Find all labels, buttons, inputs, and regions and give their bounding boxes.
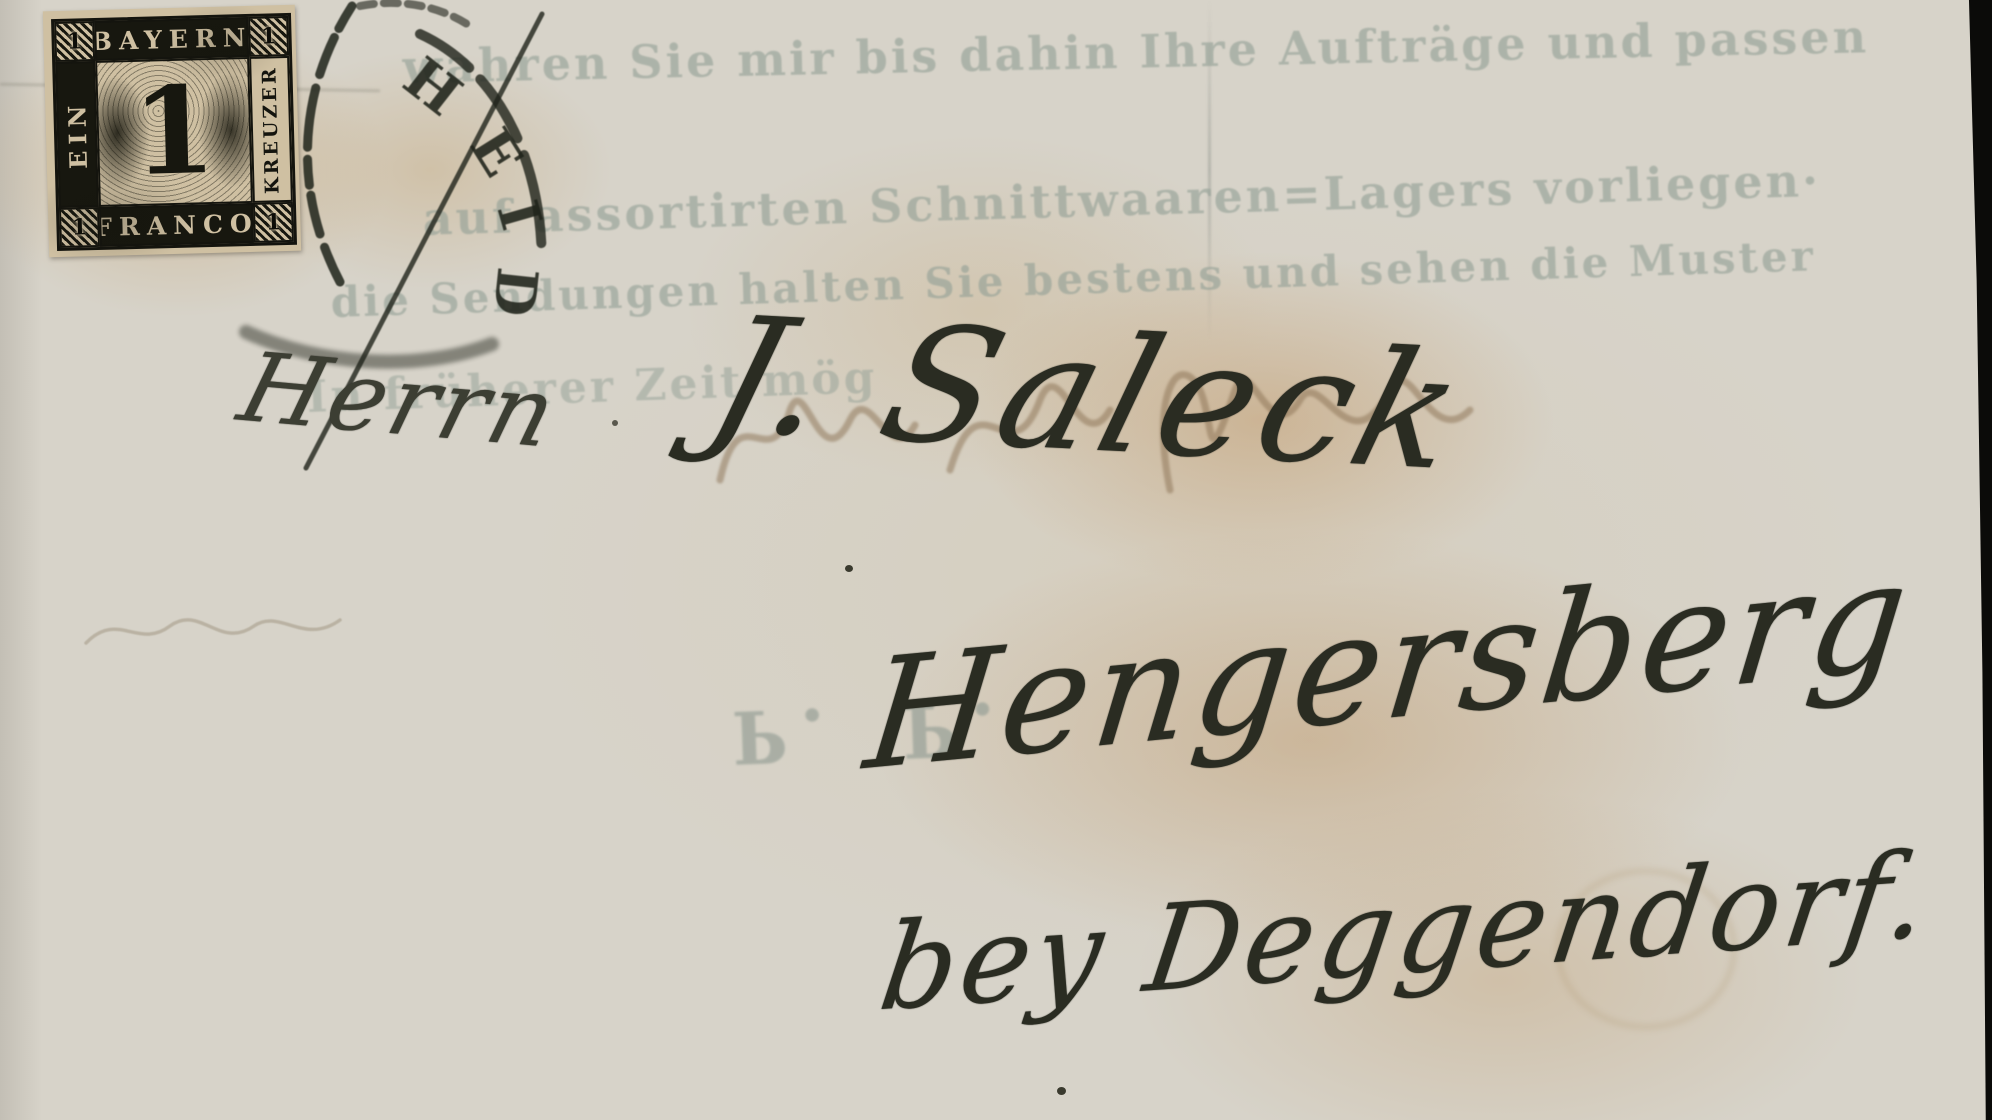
ink-speck (845, 565, 853, 572)
ink-speck (1057, 1087, 1066, 1095)
postmark-letter: D (480, 264, 551, 319)
photograph: wahren Sie mir bis dahin Ihre Aufträge u… (0, 0, 1992, 1120)
address-name: J. Saleck (693, 282, 1486, 506)
address-town: Hengersberg (858, 528, 1920, 805)
postmark-arc-top (360, 3, 470, 26)
pencil-annotation (78, 588, 358, 678)
postmark-letter: E (457, 117, 536, 188)
postmark-arc-left (307, 6, 352, 282)
pencil-stroke (86, 620, 340, 643)
letter-cover: wahren Sie mir bis dahin Ihre Aufträge u… (0, 0, 1992, 1120)
address-district: bey Deggendorf. (872, 825, 1940, 1038)
